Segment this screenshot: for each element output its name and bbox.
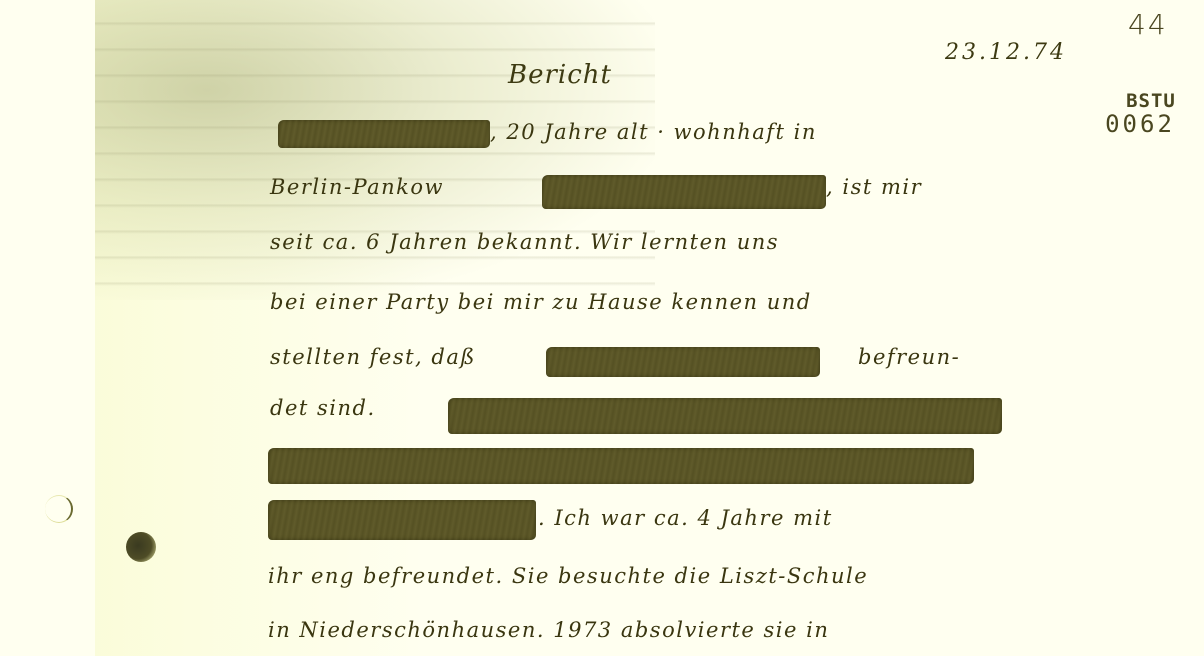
- stamp-number: 0062: [1092, 110, 1188, 138]
- line-text: in Niederschönhausen. 1973 absolvierte s…: [268, 618, 829, 642]
- punch-hole-outline: [45, 495, 73, 523]
- line-text-before: det sind.: [270, 396, 376, 420]
- text-line-2: Berlin-Pankow , ist mir: [268, 167, 1028, 217]
- redaction-bar: [278, 120, 490, 148]
- punch-hole: [126, 532, 156, 562]
- text-line-7: [268, 442, 1028, 492]
- document-title: Bericht: [508, 60, 612, 90]
- line-text: bei einer Party bei mir zu Hause kennen …: [270, 290, 812, 314]
- line-text-before: Berlin-Pankow: [270, 175, 444, 199]
- text-line-1: , 20 Jahre alt · wohnhaft in: [268, 112, 1028, 162]
- line-text-after: befreun-: [858, 345, 960, 369]
- stamp-label: BSTU: [1092, 90, 1188, 112]
- redaction-bar: [268, 448, 974, 484]
- line-text-after: , 20 Jahre alt · wohnhaft in: [490, 120, 817, 144]
- redaction-bar: [546, 347, 820, 377]
- redaction-bar: [268, 500, 536, 540]
- line-text-after: . Ich war ca. 4 Jahre mit: [538, 506, 833, 530]
- line-text-before: stellten fest, daß: [270, 345, 476, 369]
- text-line-4: bei einer Party bei mir zu Hause kennen …: [268, 282, 1028, 332]
- page-number: 44: [1128, 8, 1168, 41]
- text-line-8: . Ich war ca. 4 Jahre mit: [268, 492, 1028, 542]
- archive-stamp: BSTU 0062: [1092, 90, 1188, 138]
- text-line-10: in Niederschönhausen. 1973 absolvierte s…: [268, 610, 1028, 656]
- line-text: seit ca. 6 Jahren bekannt. Wir lernten u…: [270, 230, 779, 254]
- text-line-9: ihr eng befreundet. Sie besuchte die Lis…: [268, 556, 1028, 606]
- document-date: 23.12.74: [945, 40, 1067, 65]
- document-page: 44 23.12.74 Bericht BSTU 0062 , 20 Jahre…: [0, 0, 1204, 656]
- redaction-bar: [542, 175, 826, 209]
- text-line-6: det sind.: [268, 388, 1028, 438]
- text-line-5: stellten fest, daß befreun-: [268, 337, 1028, 387]
- text-line-3: seit ca. 6 Jahren bekannt. Wir lernten u…: [268, 222, 1028, 272]
- line-text: ihr eng befreundet. Sie besuchte die Lis…: [268, 564, 868, 588]
- redaction-bar: [448, 398, 1002, 434]
- line-text-after: , ist mir: [826, 175, 922, 199]
